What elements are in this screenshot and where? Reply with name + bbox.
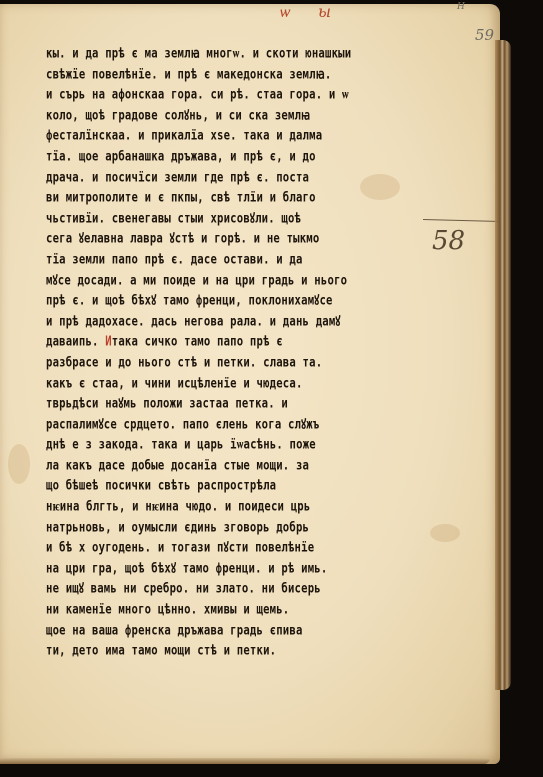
page-stain [8,444,30,484]
page-edge-stack [495,40,511,690]
page-stain [430,524,460,542]
text-line: ти, дето има тамо мощи стѣ и петки. [46,639,416,665]
manuscript-page: ѡ ы Н 59 58 кы. и да прѣ є ма землꙗ мног… [0,4,500,764]
folio-number-margin: 58 [432,226,465,256]
manuscript-text: кы. и да прѣ є ма землꙗ многѡ. и скоти ю… [46,44,416,662]
text-segment: даваипь. [46,335,99,350]
folio-number-top: 59 [475,26,494,44]
red-marginal-mark-right: ы [318,2,331,21]
text-segment: така сичко тамо папо прѣ є [112,335,283,350]
page-bottom-edge [0,758,490,764]
pencil-corner-mark: Н [457,2,465,12]
red-marginal-mark-left: ѡ [280,2,290,22]
rubric-initial: И [105,335,112,350]
margin-rule-line [423,219,501,222]
